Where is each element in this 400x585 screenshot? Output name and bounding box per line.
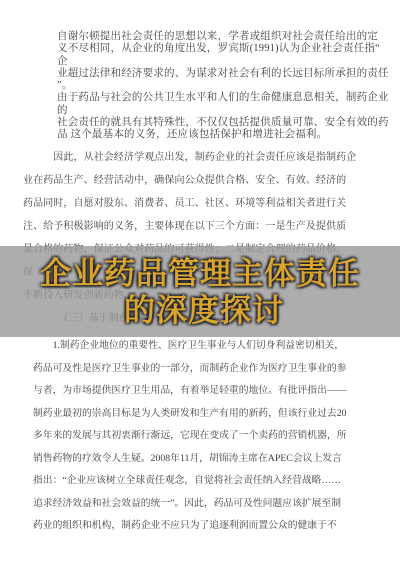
text-line: 由于药品与社会的公共卫生水平和人们的生命健康息息相关，制药企业 bbox=[57, 92, 397, 104]
text-line: 自谢尔顿提出社会责任的思想以来，学者或组织对社会责任给出的定 bbox=[57, 31, 397, 43]
text-line: 追求经济效益和社会效益的统一”。因此，药品可及性问题应该扩展至制 bbox=[33, 493, 353, 516]
text-line: 企 bbox=[57, 56, 397, 68]
paragraph-csr-definition: 自谢尔顿提出社会责任的思想以来，学者或组织对社会责任给出的定义不尽相同，从企业的… bbox=[57, 31, 397, 142]
text-line: 药业的组织和机构，制药企业不应只为了追逐利润而置公众的健康于不 bbox=[33, 515, 353, 538]
text-line: 制药业最初的崇高目标是为人类研发和生产有用的新药，但该行业过去20 bbox=[33, 403, 353, 426]
text-line: 的 bbox=[57, 105, 397, 117]
overlay-title-line-1: 企业药品管理主体责任 bbox=[0, 255, 400, 292]
paragraph-industry-critique: 1.制药企业地位的重要性、医疗卫生事业与人们切身利益密切相关，药品可及性是医疗卫… bbox=[33, 335, 353, 538]
text-line: 药品同时，自愿对股东、消费者、员工、社区、环境等利益相关者进行关 bbox=[23, 192, 355, 215]
overlay-title: 企业药品管理主体责任 的深度探讨 bbox=[0, 255, 400, 329]
text-line: 销售药物的疗效令人生疑。2008年11月，胡锦涛主席在APEC会议上发言 bbox=[33, 448, 353, 471]
text-line: ”。 bbox=[57, 80, 397, 92]
text-line: 因此，从社会经济学观点出发，制药企业的社会责任应该是指制药企 bbox=[23, 146, 355, 169]
text-line: 业超过法律和经济要求的、为谋求对社会有利的长远目标所承担的责任 bbox=[57, 68, 397, 80]
document-page: 自谢尔顿提出社会责任的思想以来，学者或组织对社会责任给出的定义不尽相同，从企业的… bbox=[0, 0, 400, 585]
text-line: 多年来的发展与其初衷渐行渐远，它现在变成了一个卖药的营销机器，所 bbox=[33, 425, 353, 448]
text-line: 指出：“企业应该树立全球责任观念，自觉将社会责任纳入经营战略…… bbox=[33, 470, 353, 493]
text-line: 社会责任的就具有其特殊性，不仅仅包括提供质量可靠、安全有效的药 bbox=[57, 117, 397, 129]
text-line: 1.制药企业地位的重要性、医疗卫生事业与人们切身利益密切相关， bbox=[33, 335, 353, 358]
text-line: 注、给予积极影响的义务，主要体现在以下三个方面：一是生产及提供质 bbox=[23, 215, 355, 238]
text-line: 业在药品生产、经营活动中，确保向公众提供合格、安全、有效、经济的 bbox=[23, 169, 355, 192]
overlay-title-line-2: 的深度探讨 bbox=[4, 292, 400, 329]
text-line: 义不尽相同，从企业的角度出发，罗宾斯(1991)认为企业社会责任指“ bbox=[57, 43, 397, 55]
text-line: 品 这个最基本的义务，还应该包括保护和增进社会福利。 bbox=[57, 129, 397, 141]
text-line: 与者，为市场提供医疗卫生用品，有着举足轻重的地位。有批评指出—— bbox=[33, 380, 353, 403]
text-line: 药品可及性是医疗卫生事业的一部分，而制药企业作为医疗卫生事业的参 bbox=[33, 358, 353, 381]
